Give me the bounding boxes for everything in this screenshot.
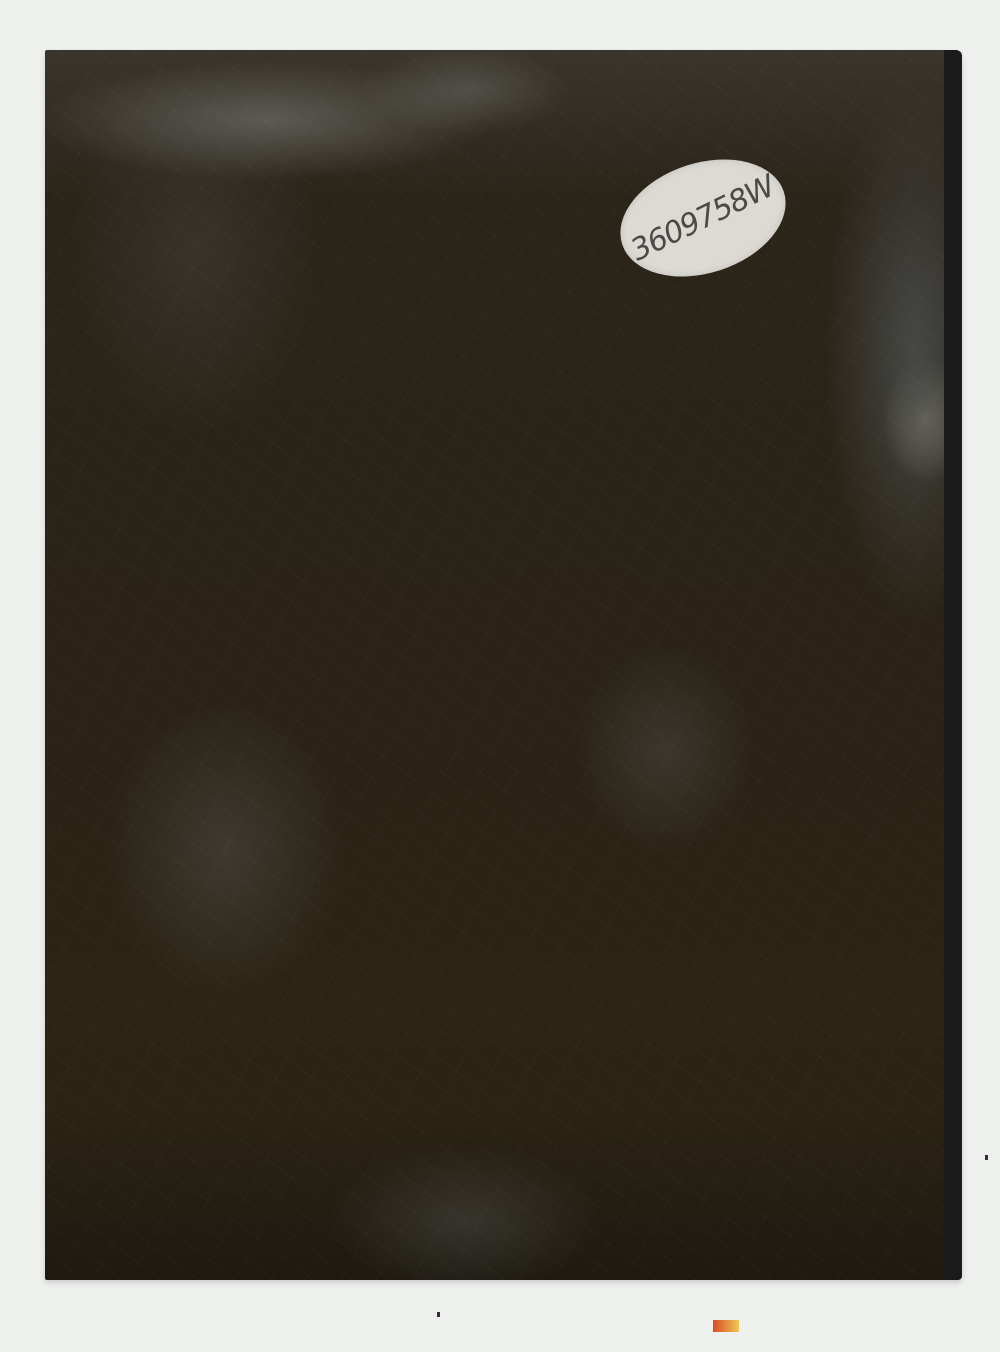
tintype-plate [45,50,962,1280]
surface-scratches [45,50,944,1280]
corrosion-spot [713,1320,739,1332]
dust-speck [437,1312,440,1317]
dust-speck [985,1155,988,1160]
